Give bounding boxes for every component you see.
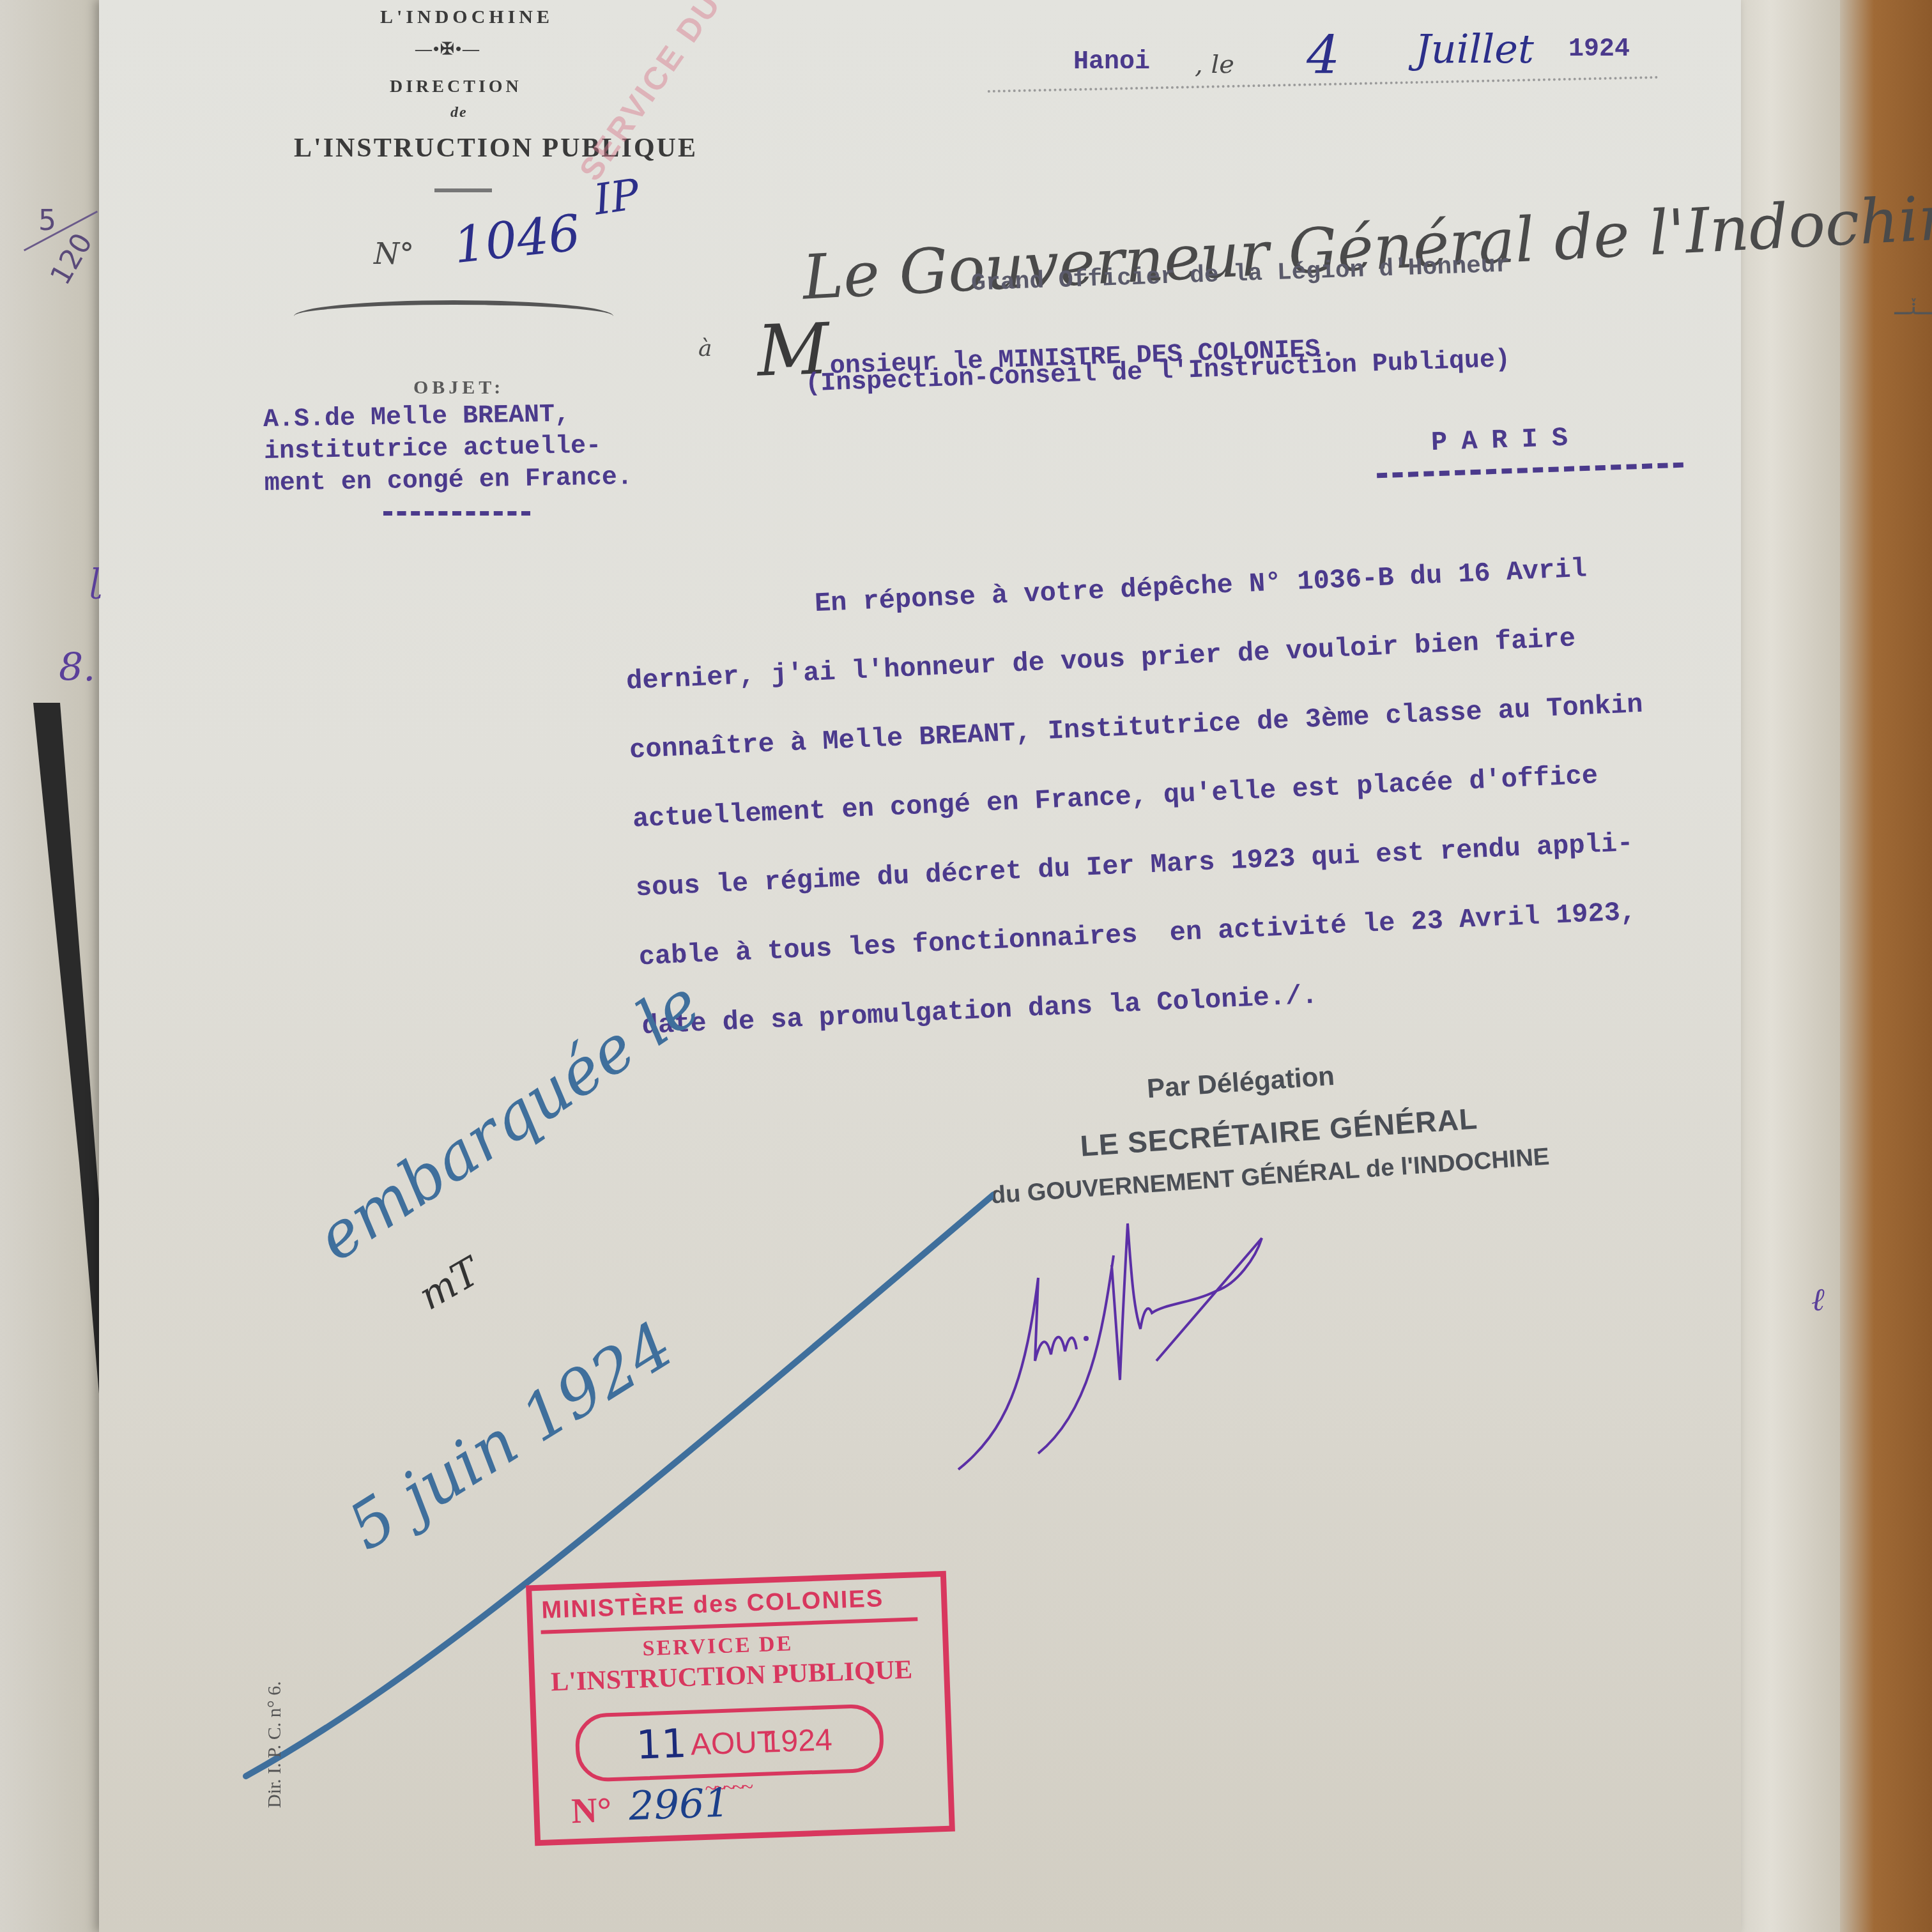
objet-rule	[383, 511, 530, 516]
stamp-day: 11	[636, 1720, 687, 1768]
letterhead-rule	[434, 188, 492, 192]
stamp-service: SERVICE DE	[642, 1632, 793, 1661]
addressee-city: PARIS	[1430, 422, 1583, 458]
stamp-ministry: MINISTÈRE des COLONIES	[541, 1585, 884, 1625]
stamp-number-label: N°	[571, 1790, 612, 1832]
objet-label: OBJET:	[413, 377, 504, 399]
letterhead-number-label: N°	[374, 236, 414, 271]
dateline-le: , le	[1195, 50, 1234, 79]
signature-icon	[949, 1201, 1620, 1489]
letter-page: L'INDOCHINE —•✠•— DIRECTION de L'INSTRUC…	[99, 0, 1741, 1932]
faint-personnel-stamp: SERVICE DU PERSONNEL	[572, 0, 862, 187]
stamp-year: 1924	[763, 1722, 833, 1760]
dateline-year: 1924	[1568, 35, 1630, 64]
letterhead-ornament-icon: —•✠•—	[415, 40, 480, 59]
underlying-sheet-left	[0, 0, 115, 1932]
dateline-day: 4	[1307, 26, 1340, 86]
letterhead-swash	[294, 300, 613, 316]
signature-office: du GOUVERNEMENT GÉNÉRAL de l'INDOCHINE	[990, 1143, 1551, 1209]
stamp-instruction: L'INSTRUCTION PUBLIQUE	[551, 1655, 913, 1698]
letterhead-colony: L'INDOCHINE	[380, 6, 553, 28]
dateline-month: Juillet	[1415, 26, 1534, 72]
margin-mark-1: ɭ	[89, 562, 101, 599]
letter-body: En réponse à votre dépêche N° 1036-B du …	[622, 522, 1888, 1061]
letterhead-direction: DIRECTION	[390, 77, 522, 97]
received-stamp: MINISTÈRE des COLONIES SERVICE DE L'INST…	[526, 1571, 955, 1846]
addressee-prefix: à	[698, 335, 712, 362]
objet-text: A.S.de Melle BREANT, institutrice actuel…	[263, 398, 633, 500]
dateline-city: Hanoi	[1073, 48, 1150, 77]
margin-fraction-top: 5	[38, 204, 56, 237]
printer-mark: Dir. I. P. C. n° 6.	[264, 1681, 286, 1808]
margin-mark-right-2: ℓ	[1811, 1281, 1825, 1318]
margin-mark-right: ـݩـ	[1894, 294, 1932, 321]
signature-par-delegation: Par Délégation	[1146, 1061, 1336, 1104]
letterhead-number-value: 1046	[451, 204, 583, 275]
stamp-number-value: 2961	[628, 1779, 730, 1829]
margin-mark-2: 8.	[59, 645, 95, 690]
addressee-rule	[1377, 463, 1683, 479]
letterhead-de: de	[450, 104, 468, 121]
